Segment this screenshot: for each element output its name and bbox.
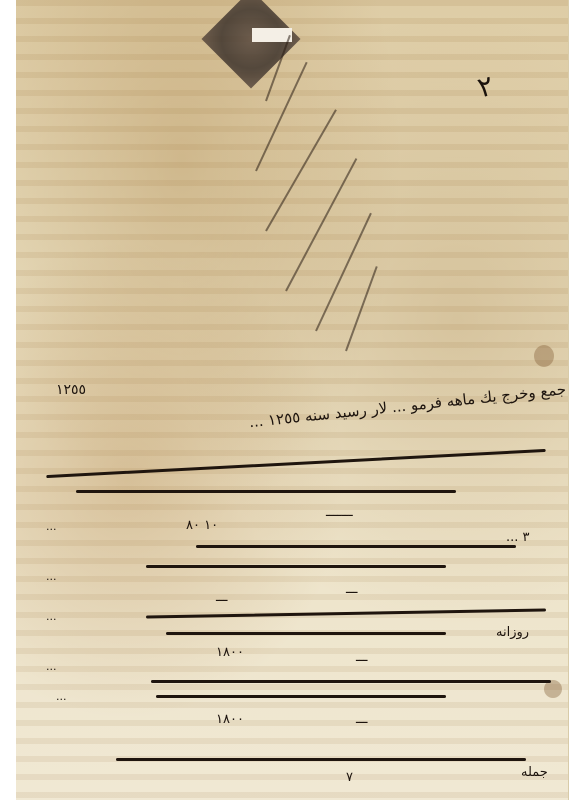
ledger-rule (76, 490, 456, 493)
ledger-rule (146, 609, 546, 619)
manuscript-page: ٢ ١٢٥٥ جمع وخرج يك ماهه فرمو ... لار رسي… (16, 0, 569, 800)
ledger-total: ٧ (346, 770, 353, 785)
ledger-entry: ١٨٠٠ (216, 645, 244, 660)
ledger-entry: ـــ (356, 712, 367, 727)
ledger-entry: ـــ (346, 582, 357, 597)
document-heading: جمع وخرج يك ماهه فرمو ... لار رسيد سنه ١… (58, 380, 567, 451)
ledger-rule (46, 449, 545, 478)
ledger-rule (146, 565, 446, 568)
ledger-label: روزانه (496, 625, 529, 640)
ledger-entry: ـــــــ (326, 505, 353, 520)
ledger-label: ٣ ... (506, 530, 530, 545)
ledger-rule (116, 758, 526, 761)
margin-note: ... (46, 610, 57, 623)
margin-note: ... (46, 570, 57, 583)
ledger-rule (156, 695, 446, 698)
diagonal-notes (196, 60, 456, 350)
ledger-entry: ـــ (216, 590, 227, 605)
page-number: ٢ (474, 69, 497, 105)
ink-stain (534, 345, 554, 367)
ledger-entry: ـــ (356, 650, 367, 665)
margin-note: ... (56, 690, 67, 703)
ledger-entry: ١٠ ٨٠ (186, 518, 218, 533)
ledger-rule (151, 680, 551, 683)
margin-note: ... (46, 660, 57, 673)
ledger-label: جمله (521, 765, 548, 780)
ledger-rule (166, 632, 446, 635)
year-notation: ١٢٥٥ (56, 382, 86, 398)
ledger-entry: ١٨٠٠ (216, 712, 244, 727)
ledger-rule (196, 545, 516, 548)
margin-note: ... (46, 520, 57, 533)
